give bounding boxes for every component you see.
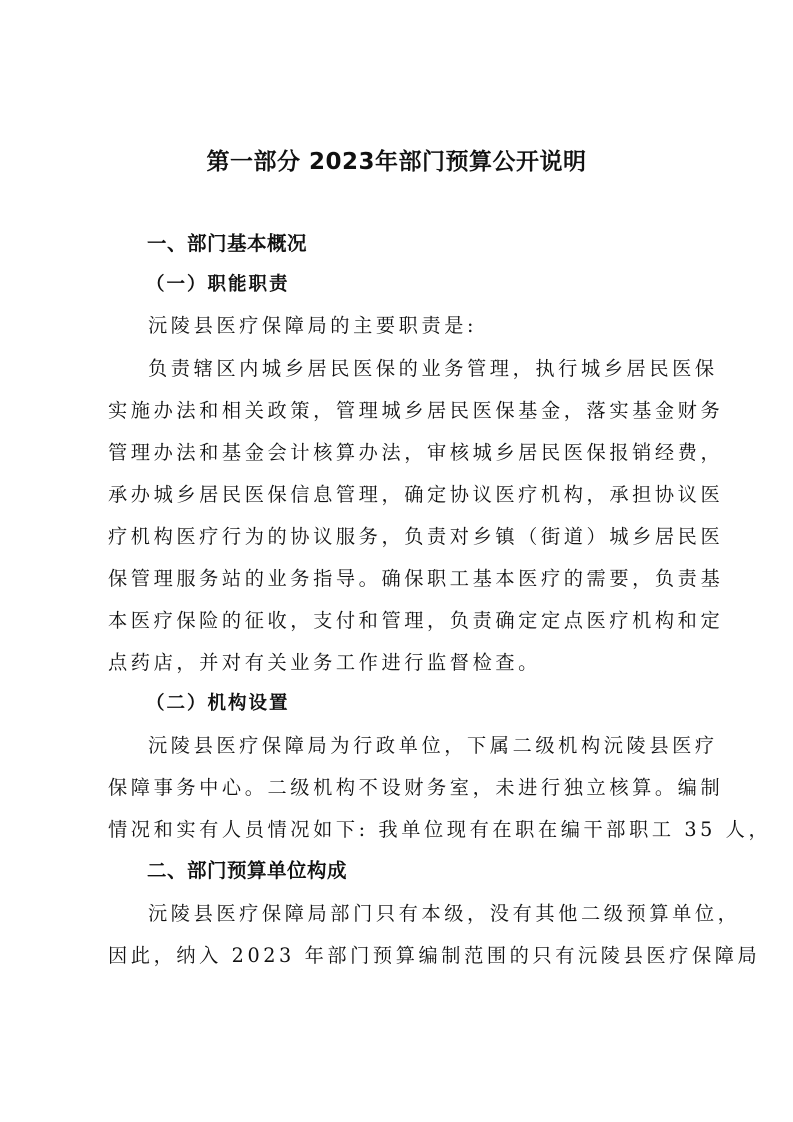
paragraph-line: 沅陵县医疗保障局为行政单位，下属二级机构沅陵县医疗: [148, 732, 728, 760]
section-heading-basic-overview: 一、部门基本概况: [147, 230, 307, 258]
paragraph-line: 沅陵县医疗保障局部门只有本级，没有其他二级预算单位，: [148, 900, 728, 928]
section-heading-budget-units: 二、部门预算单位构成: [147, 857, 347, 885]
paragraph-line: 保管理服务站的业务指导。确保职工基本医疗的需要，负责基: [108, 565, 688, 593]
paragraph-line: 负责辖区内城乡居民医保的业务管理，执行城乡居民医保: [148, 355, 728, 383]
paragraph-line: 情况和实有人员情况如下: 我单位现有在职在编干部职工 35 人，: [108, 816, 688, 844]
paragraph-line: 管理办法和基金会计核算办法，审核城乡居民医保报销经费，: [108, 439, 688, 467]
paragraph-line: 承办城乡居民医保信息管理，确定协议医疗机构，承担协议医: [108, 481, 688, 509]
paragraph-line: 保障事务中心。二级机构不设财务室，未进行独立核算。编制: [108, 774, 688, 802]
subsection-heading-duties: （一）职能职责: [146, 271, 290, 299]
paragraph-line: 实施办法和相关政策，管理城乡居民医保基金，落实基金财务: [108, 397, 688, 425]
page-title: 第一部分 2023年部门预算公开说明: [0, 146, 793, 178]
document-page: 第一部分 2023年部门预算公开说明 一、部门基本概况 （一）职能职责 沅陵县医…: [0, 0, 793, 1122]
paragraph-line: 点药店，并对有关业务工作进行监督检查。: [108, 649, 688, 677]
paragraph-line: 沅陵县医疗保障局的主要职责是:: [148, 312, 728, 340]
paragraph-line: 因此，纳入 2023 年部门预算编制范围的只有沅陵县医疗保障局: [108, 942, 688, 970]
subsection-heading-organization: （二）机构设置: [146, 690, 290, 718]
paragraph-line: 疗机构医疗行为的协议服务，负责对乡镇（街道）城乡居民医: [108, 523, 688, 551]
paragraph-line: 本医疗保险的征收，支付和管理，负责确定定点医疗机构和定: [108, 607, 688, 635]
